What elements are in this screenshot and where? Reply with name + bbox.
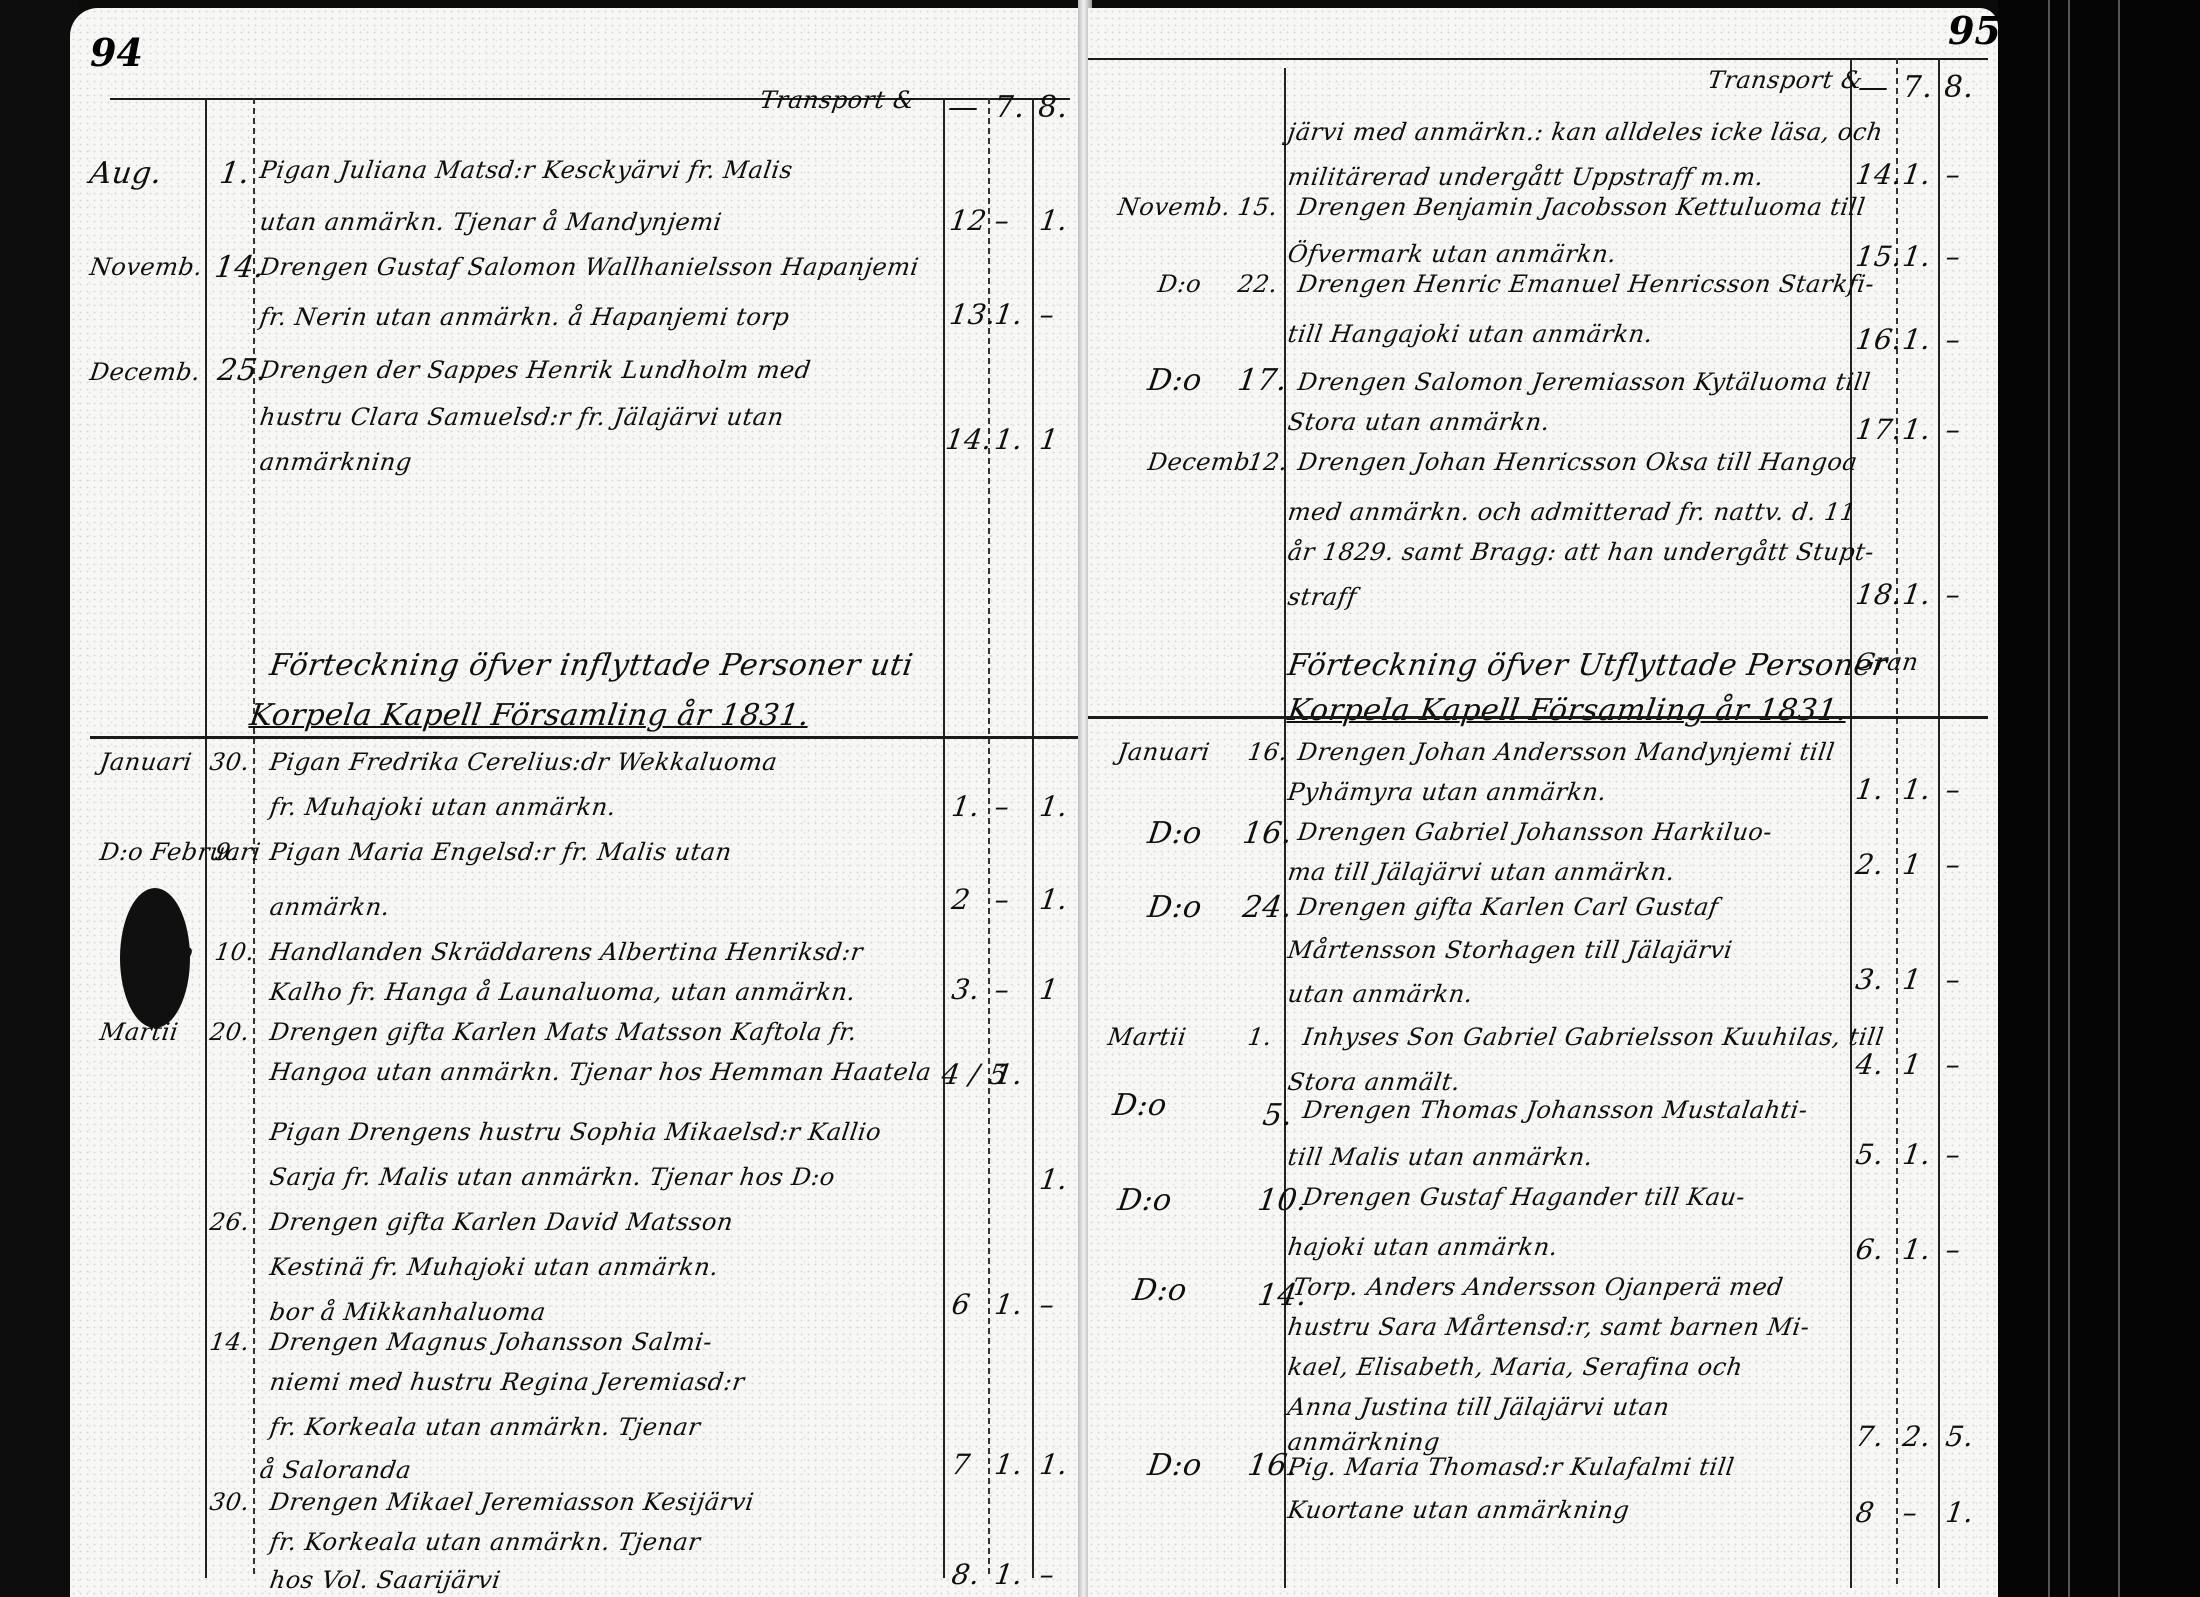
entry-text-line: Handlanden Skräddarens Albertina Henriks… — [268, 938, 865, 966]
entry-text-line: hajoki utan anmärkn. — [1286, 1233, 1560, 1261]
entry-day: 30. — [208, 1488, 252, 1516]
entry-day: 17. — [1236, 363, 1290, 398]
entry-number: 1. — [950, 790, 982, 823]
column-header-1: — — [1858, 70, 1888, 105]
entry-text-line: anmärkn. — [268, 893, 392, 921]
entry-number: 4. — [1854, 1048, 1886, 1081]
entry-count-women: – — [1944, 1048, 1963, 1081]
section-divider-rule — [90, 736, 1080, 739]
entry-number: 14. — [944, 423, 995, 456]
entry-text-line: ma till Jälajärvi utan anmärkn. — [1286, 858, 1677, 886]
entry-count-men: 1. — [1901, 1233, 1933, 1266]
entry-text-line: niemi med hustru Regina Jeremiasd:r — [268, 1368, 746, 1396]
entry-day: 1. — [218, 156, 253, 191]
entry-count-women: – — [1944, 1233, 1963, 1266]
entry-count-women: – — [1944, 1138, 1963, 1171]
section-divider-rule — [1088, 716, 1988, 719]
entry-text-line: Sarja fr. Malis utan anmärkn. Tjenar hos… — [268, 1163, 837, 1191]
entry-count-men: – — [993, 973, 1012, 1006]
entry-count-women: 1. — [1944, 1496, 1976, 1529]
entry-month: Decemb. — [1146, 448, 1260, 476]
scanned-register-spread: 94 Transport & — 7. 8. Aug. 1. Pigan Jul… — [0, 0, 2200, 1597]
ink-stain — [120, 888, 190, 1028]
entry-text-line: bor å Mikkanhaluoma — [268, 1298, 548, 1326]
entry-text-line: Drengen Henric Emanuel Henricsson Starkf… — [1296, 270, 1876, 298]
entry-text-line: Drengen Magnus Johansson Salmi- — [268, 1328, 714, 1356]
section-heading-line-1: Förteckning öfver Utflyttade Personer — [1286, 648, 1890, 683]
entry-text-line: Inhyses Son Gabriel Gabrielsson Kuuhilas… — [1301, 1023, 1886, 1051]
column-divider-num — [1896, 58, 1898, 1588]
entry-day: 15. — [1236, 193, 1280, 221]
column-divider-col3 — [1938, 58, 1940, 1588]
page-number-right: 95 — [1948, 8, 2001, 53]
entry-text-line: Drengen Benjamin Jacobsson Kettuluoma ti… — [1296, 193, 1867, 221]
section-heading-line-1: Förteckning öfver inflyttade Personer ut… — [268, 648, 916, 683]
entry-count-men: 1. — [993, 298, 1025, 331]
entry-day: 22. — [1236, 270, 1280, 298]
entry-text-line: Kestinä fr. Muhajoki utan anmärkn. — [268, 1253, 720, 1281]
entry-day: 20. — [208, 1018, 252, 1046]
entry-month: Januari — [98, 748, 194, 776]
entry-count-men: 1. — [993, 1058, 1025, 1091]
entry-month: D:o — [1156, 270, 1203, 298]
entry-number: 8 — [1854, 1496, 1877, 1529]
section-heading-line-2: Korpela Kapell Församling år 1831. — [248, 698, 812, 733]
entry-text-line: Stora utan anmärkn. — [1286, 408, 1552, 436]
entry-text-line: fr. Korkeala utan anmärkn. Tjenar — [268, 1413, 702, 1441]
entry-count-men: 1. — [1901, 413, 1933, 446]
entry-day: 1. — [1246, 1023, 1274, 1051]
entry-text-line: hustru Sara Mårtensd:r, samt barnen Mi- — [1286, 1313, 1811, 1341]
entry-text-line: Drengen der Sappes Henrik Lundholm med — [258, 356, 813, 384]
entry-number: 7 — [950, 1448, 973, 1481]
entry-text-line: Drengen Gustaf Hagander till Kau- — [1301, 1183, 1747, 1211]
entry-text-line: å Saloranda — [258, 1456, 413, 1484]
entry-text-line: Pigan Maria Engelsd:r fr. Malis utan — [268, 838, 734, 866]
entry-count-women: 1 — [1038, 423, 1061, 456]
entry-count-women: – — [1944, 578, 1963, 611]
entry-number: 17. — [1854, 413, 1905, 446]
entry-text-line: Kuortane utan anmärkning — [1286, 1496, 1631, 1524]
column-header-3: 8. — [1944, 70, 1973, 105]
entry-count-women: 1 — [1038, 973, 1061, 1006]
entry-number: 6 — [950, 1288, 973, 1321]
entry-number: 16. — [1854, 323, 1905, 356]
entry-text-line: anmärkning — [1286, 1428, 1442, 1456]
entry-count-men: 1. — [1901, 240, 1933, 273]
entry-count-men: – — [993, 204, 1012, 237]
entry-text-line: Pyhämyra utan anmärkn. — [1286, 778, 1609, 806]
entry-count-men: 1. — [1901, 158, 1933, 191]
entry-text-line: Drengen Johan Henricsson Oksa till Hango… — [1296, 448, 1859, 476]
entry-month: D:o — [1146, 363, 1205, 398]
entry-text-line: kael, Elisabeth, Maria, Serafina och — [1286, 1353, 1745, 1381]
column-header-3: 8. — [1038, 90, 1067, 125]
entry-count-men: 1. — [1901, 323, 1933, 356]
entry-count-men: 1 — [1901, 1048, 1924, 1081]
entry-month: D:o — [1116, 1183, 1175, 1218]
scan-border-left — [0, 0, 78, 1597]
entry-month: D:o — [1111, 1088, 1170, 1123]
entry-number: 14. — [1854, 158, 1905, 191]
entry-text-line: Drengen gifta Karlen Mats Matsson Kaftol… — [268, 1018, 859, 1046]
entry-text-line: fr. Muhajoki utan anmärkn. — [268, 793, 618, 821]
entry-text-line: Drengen Johan Andersson Mandynjemi till — [1296, 738, 1836, 766]
left-page: 94 Transport & — 7. 8. Aug. 1. Pigan Jul… — [70, 8, 1080, 1597]
entry-month: Novemb. — [88, 253, 204, 281]
entry-count-men: 1 — [1901, 963, 1924, 996]
entry-text-line: Drengen Thomas Johansson Mustalahti- — [1301, 1096, 1810, 1124]
entry-number: 8. — [950, 1558, 982, 1591]
section-heading-line-2: Korpela Kapell Församling år 1831. — [1286, 693, 1850, 728]
entry-count-men: 1. — [1901, 578, 1933, 611]
entry-text-line: till Malis utan anmärkn. — [1286, 1143, 1595, 1171]
column-header-1: — — [948, 90, 978, 125]
entry-count-women: 1. — [1038, 1448, 1070, 1481]
entry-count-men: 1 — [1901, 848, 1924, 881]
entry-number: 1. — [1854, 773, 1886, 806]
entry-text-line: Drengen Mikael Jeremiasson Kesijärvi — [268, 1488, 756, 1516]
entry-text-line: Pigan Drengens hustru Sophia Mikaelsd:r … — [268, 1118, 883, 1146]
entry-count-women: – — [1038, 1288, 1057, 1321]
entry-text-line: straff — [1286, 583, 1358, 611]
entry-month: Novemb. — [1116, 193, 1232, 221]
entry-count-men: 1. — [993, 1288, 1025, 1321]
entry-text-line: Öfvermark utan anmärkn. — [1286, 240, 1618, 268]
entry-count-men: 1. — [1901, 773, 1933, 806]
entry-month: D:o — [1146, 816, 1205, 851]
entry-count-women: 5. — [1944, 1420, 1976, 1453]
entry-day: 9. — [213, 838, 241, 866]
entry-text-line: utan anmärkn. Tjenar å Mandynjemi — [258, 208, 724, 236]
entry-text-line: fr. Nerin utan anmärkn. å Hapanjemi torp — [258, 303, 791, 331]
entry-number: 7. — [1854, 1420, 1886, 1453]
entry-text-line: hos Vol. Saarijärvi — [268, 1566, 502, 1594]
entry-text-line: Drengen Gabriel Johansson Harkiluo- — [1296, 818, 1774, 846]
transport-label: Transport & — [758, 86, 917, 114]
entry-day: 16. — [1241, 816, 1295, 851]
entry-number: 13. — [948, 298, 999, 331]
entry-number: 5. — [1854, 1138, 1886, 1171]
entry-count-women: – — [1944, 413, 1963, 446]
entry-text-line: Drengen Salomon Jeremiasson Kytäluoma ti… — [1296, 368, 1872, 396]
entry-count-women: – — [1038, 298, 1057, 331]
entry-day: 10. — [213, 938, 257, 966]
entry-text-line: hustru Clara Samuelsd:r fr. Jälajärvi ut… — [258, 403, 786, 431]
entry-month: D:o — [1131, 1273, 1190, 1308]
entry-text-line: Kalho fr. Hanga å Launaluoma, utan anmär… — [268, 978, 858, 1006]
entry-count-women: – — [1944, 773, 1963, 806]
entry-text-line: Mårtensson Storhagen till Jälajärvi — [1286, 936, 1734, 964]
entry-month: Januari — [1116, 738, 1212, 766]
entry-day: 12. — [1246, 448, 1290, 476]
entry-day: 26. — [208, 1208, 252, 1236]
entry-count-women: 1. — [1038, 790, 1070, 823]
entry-count-men: 1. — [993, 423, 1025, 456]
entry-month: Aug. — [88, 156, 165, 191]
entry-count-women: – — [1944, 158, 1963, 191]
entry-count-men: – — [993, 790, 1012, 823]
entry-text-line: med anmärkn. och admitterad fr. nattv. d… — [1286, 498, 1858, 526]
entry-day: 5. — [1261, 1098, 1296, 1133]
entry-count-women: 1. — [1038, 1163, 1070, 1196]
right-page: 95 Transport & — 7. 8. järvi med anmärkn… — [1088, 8, 1998, 1597]
column-header-2: 7. — [995, 90, 1024, 125]
entry-count-men: 2. — [1901, 1420, 1933, 1453]
entry-count-women: – — [1944, 848, 1963, 881]
entry-text-line: Stora anmält. — [1286, 1068, 1462, 1096]
entry-count-men: 1. — [993, 1558, 1025, 1591]
entry-count-men: – — [1901, 1496, 1920, 1529]
entry-text-line: Pigan Fredrika Cerelius:dr Wekkaluoma — [268, 748, 779, 776]
entry-text-line: Pig. Maria Thomasd:r Kulafalmi till — [1286, 1453, 1736, 1481]
entry-number: 2. — [1854, 848, 1886, 881]
entry-text-line: Drengen gifta Karlen David Matsson — [268, 1208, 735, 1236]
scan-border-right — [1998, 0, 2200, 1597]
transport-label: Transport & — [1706, 66, 1865, 94]
column-header-2: 7. — [1903, 70, 1932, 105]
entry-text-line: utan anmärkn. — [1286, 980, 1475, 1008]
entry-text-line: Drengen gifta Karlen Carl Gustaf — [1296, 893, 1720, 921]
entry-day: 24. — [1241, 890, 1295, 925]
entry-month: D:o — [1146, 890, 1205, 925]
page-number-left: 94 — [90, 30, 143, 75]
entry-text-line: Pigan Juliana Matsd:r Kesckyärvi fr. Mal… — [258, 156, 795, 184]
entry-count-women: – — [1944, 323, 1963, 356]
entry-text-line: militärerad undergått Uppstraff m.m. — [1286, 163, 1766, 191]
entry-count-women: – — [1038, 1558, 1057, 1591]
entry-text-line: Torp. Anders Andersson Ojanperä med — [1291, 1273, 1785, 1301]
entry-number: 15. — [1854, 240, 1905, 273]
entry-count-women: – — [1944, 240, 1963, 273]
entry-count-women: 1. — [1038, 204, 1070, 237]
section-heading-side-note: Gran — [1854, 648, 1920, 676]
entry-month: D:o — [1146, 1448, 1205, 1483]
entry-count-men: 1. — [1901, 1138, 1933, 1171]
entry-count-men: 1. — [993, 1448, 1025, 1481]
entry-month: Martii — [1106, 1023, 1188, 1051]
header-rule — [1088, 58, 1988, 60]
entry-text-line: Hangoa utan anmärkn. Tjenar hos Hemman H… — [268, 1058, 933, 1086]
entry-number: 6. — [1854, 1233, 1886, 1266]
entry-number: 18. — [1854, 578, 1905, 611]
entry-text-line: fr. Korkeala utan anmärkn. Tjenar — [268, 1528, 702, 1556]
entry-number: 3. — [950, 973, 982, 1006]
entry-number: 12 — [948, 204, 989, 237]
entry-day: 16. — [1246, 738, 1290, 766]
entry-count-women: 1. — [1038, 883, 1070, 916]
entry-count-men: – — [993, 883, 1012, 916]
entry-text-line: till Hangajoki utan anmärkn. — [1286, 320, 1655, 348]
column-divider-text — [943, 98, 945, 1578]
entry-number: 2 — [950, 883, 973, 916]
entry-text-line: år 1829. samt Bragg: att han undergått S… — [1286, 538, 1876, 566]
entry-text-line: anmärkning — [258, 448, 414, 476]
entry-text-line: järvi med anmärkn.: kan alldeles icke lä… — [1286, 118, 1885, 146]
entry-month: Decemb. — [88, 358, 202, 386]
entry-number: 3. — [1854, 963, 1886, 996]
column-divider-col3 — [1032, 98, 1034, 1578]
entry-count-women: – — [1944, 963, 1963, 996]
entry-day: 30. — [208, 748, 252, 776]
entry-text-line: Anna Justina till Jälajärvi utan — [1286, 1393, 1671, 1421]
entry-text-line: Drengen Gustaf Salomon Wallhanielsson Ha… — [258, 253, 921, 281]
entry-day: 14. — [208, 1328, 252, 1356]
